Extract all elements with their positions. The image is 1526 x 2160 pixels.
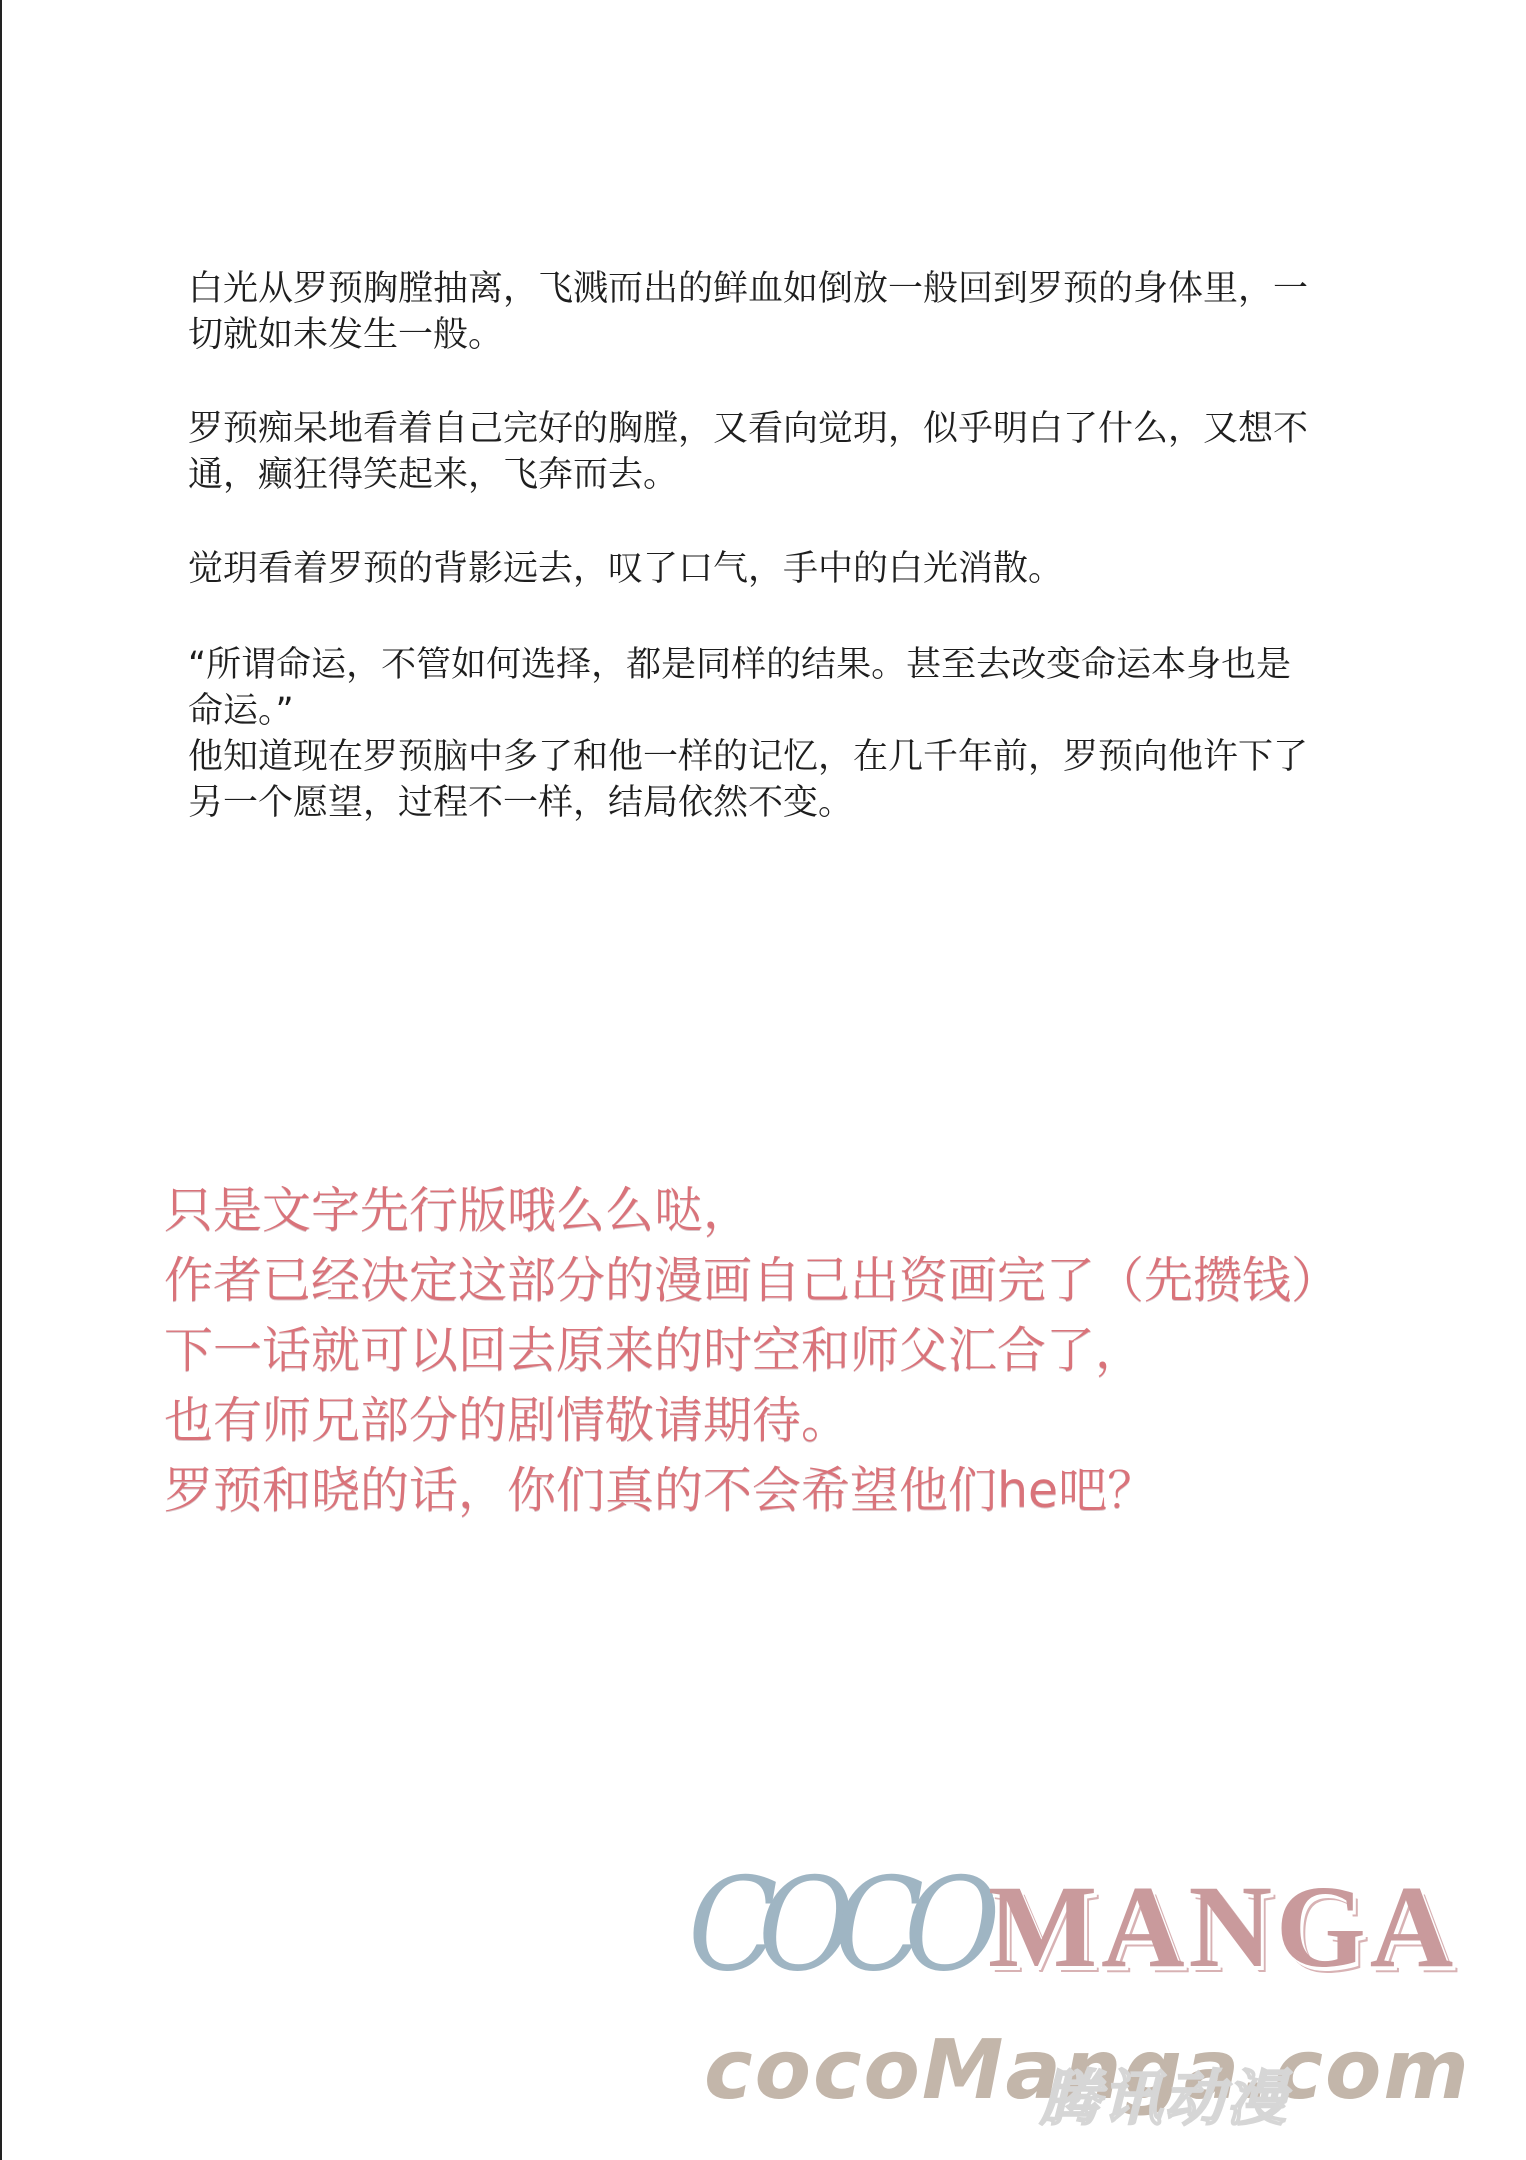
cocomanga-logo: COCO MANGA [688, 1862, 1518, 1992]
text-line: “所谓命运，不管如何选择，都是同样的结果。甚至去改变命运本身也是 [188, 642, 1308, 688]
story-paragraph: “所谓命运，不管如何选择，都是同样的结果。甚至去改变命运本身也是 命运。” 他知… [188, 642, 1308, 826]
note-line: 作者已经决定这部分的漫画自己出资画完了（先攒钱） [164, 1246, 1484, 1316]
text-line: 切就如未发生一般。 [188, 312, 1308, 358]
author-note: 只是文字先行版哦么么哒， 作者已经决定这部分的漫画自己出资画完了（先攒钱） 下一… [164, 1176, 1484, 1526]
logo-manga-text: MANGA [988, 1872, 1457, 1982]
page-left-border [0, 0, 2, 2160]
story-paragraph: 罗预痴呆地看着自己完好的胸膛，又看向觉玥，似乎明白了什么，又想不 通，癫狂得笑起… [188, 406, 1308, 498]
logo-coco-text: COCO [688, 1862, 980, 1990]
note-line: 只是文字先行版哦么么哒， [164, 1176, 1484, 1246]
story-paragraph: 觉玥看着罗预的背影远去，叹了口气，手中的白光消散。 [188, 546, 1063, 592]
note-line: 罗预和晓的话，你们真的不会希望他们he吧？ [164, 1456, 1484, 1526]
text-line: 罗预痴呆地看着自己完好的胸膛，又看向觉玥，似乎明白了什么，又想不 [188, 406, 1308, 452]
text-line: 他知道现在罗预脑中多了和他一样的记忆，在几千年前，罗预向他许下了 [188, 734, 1308, 780]
text-line: 另一个愿望，过程不一样，结局依然不变。 [188, 780, 1308, 826]
text-line: 觉玥看着罗预的背影远去，叹了口气，手中的白光消散。 [188, 546, 1063, 592]
note-line: 也有师兄部分的剧情敬请期待。 [164, 1386, 1484, 1456]
tencent-comics-watermark: 腾讯动漫 [1040, 2066, 1288, 2132]
story-paragraph: 白光从罗预胸膛抽离，飞溅而出的鲜血如倒放一般回到罗预的身体里，一 切就如未发生一… [188, 266, 1308, 358]
text-line: 白光从罗预胸膛抽离，飞溅而出的鲜血如倒放一般回到罗预的身体里，一 [188, 266, 1308, 312]
text-line: 通，癫狂得笑起来，飞奔而去。 [188, 452, 1308, 498]
note-line: 下一话就可以回去原来的时空和师父汇合了， [164, 1316, 1484, 1386]
text-line: 命运。” [188, 688, 1308, 734]
